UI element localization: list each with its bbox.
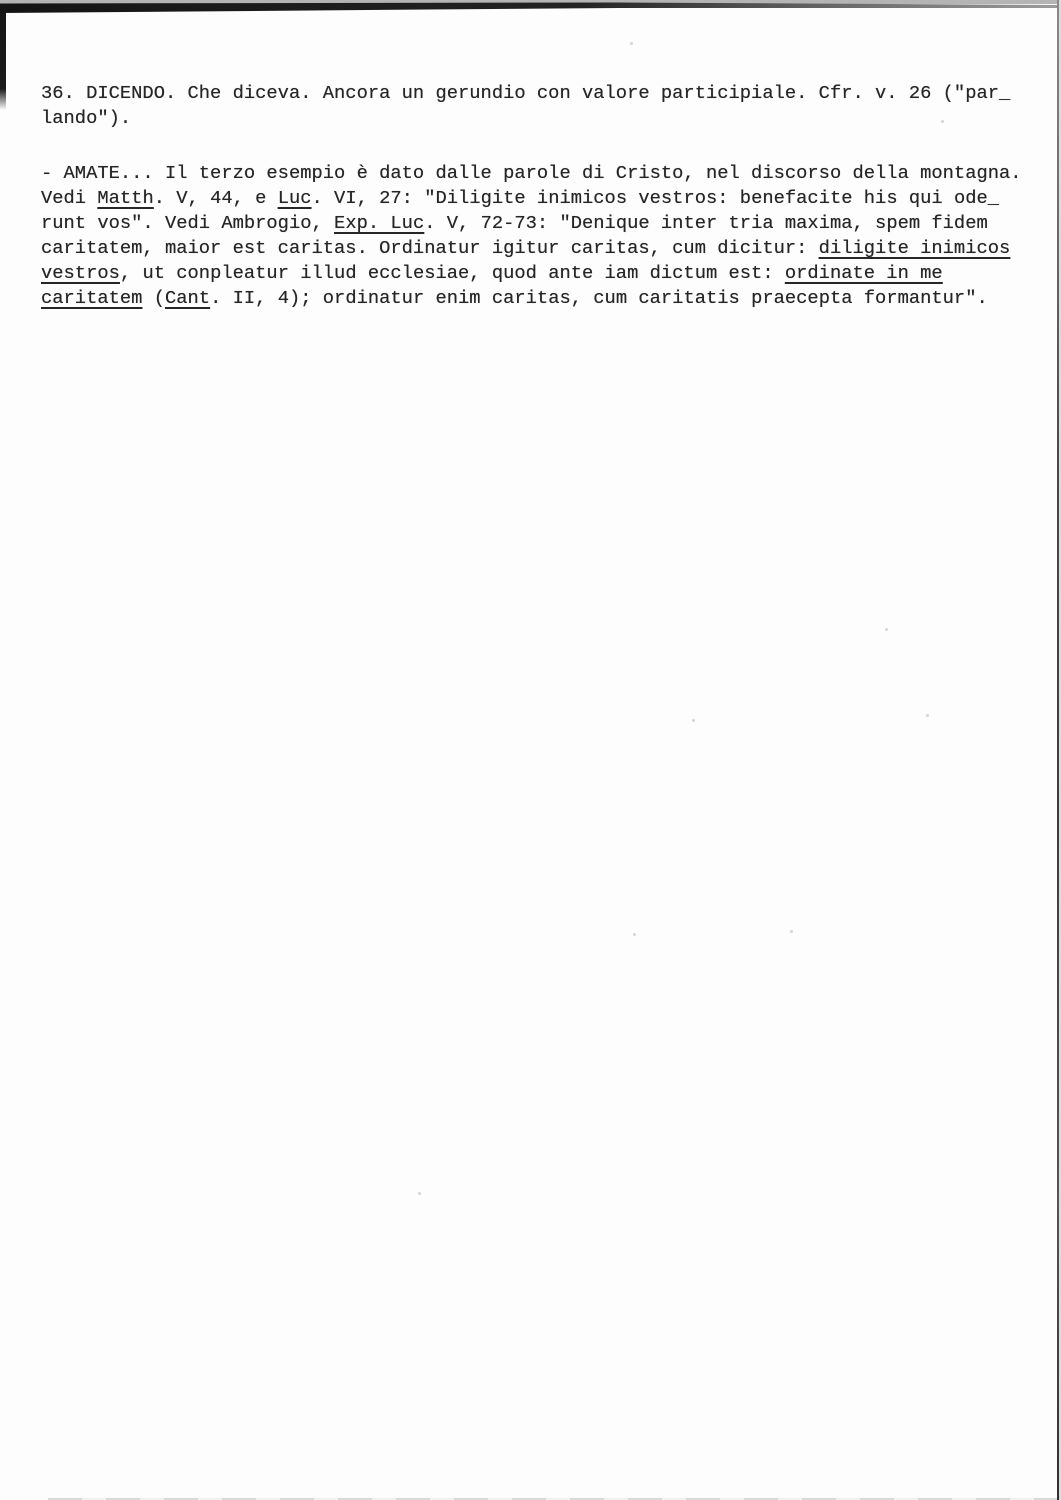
text-segment: caritatem, maior est caritas. Ordinatur …	[41, 237, 819, 259]
paragraph-note-36-dicendo: 36. DICENDO. Che diceva. Ancora un gerun…	[41, 81, 1010, 131]
text-line: caritatem (Cant. II, 4); ordinatur enim …	[41, 286, 1022, 311]
text-line: lando").	[41, 106, 1010, 131]
underlined-text: Cant	[165, 287, 210, 309]
underlined-text: Matth	[97, 187, 153, 209]
scan-top-dark-edge	[0, 0, 1061, 16]
underlined-text: diligite inimicos	[819, 237, 1011, 259]
text-line: caritatem, maior est caritas. Ordinatur …	[41, 236, 1022, 261]
scanned-page: 36. DICENDO. Che diceva. Ancora un gerun…	[0, 0, 1061, 1500]
text-segment: , ut conpleatur illud ecclesiae, quod an…	[120, 262, 785, 284]
text-segment: 36. DICENDO. Che diceva. Ancora un gerun…	[41, 82, 1010, 104]
scan-right-edge-line	[1057, 0, 1059, 1500]
underlined-text: vestros	[41, 262, 120, 284]
text-segment: - AMATE... Il terzo esempio è dato dalle…	[41, 162, 1022, 184]
scan-speck	[885, 628, 888, 631]
text-segment: Vedi	[41, 187, 97, 209]
text-line: 36. DICENDO. Che diceva. Ancora un gerun…	[41, 81, 1010, 106]
text-segment: . II, 4); ordinatur enim caritas, cum ca…	[210, 287, 988, 309]
text-line: vestros, ut conpleatur illud ecclesiae, …	[41, 261, 1022, 286]
underlined-text: caritatem	[41, 287, 142, 309]
scan-speck	[692, 719, 695, 722]
paragraph-note-amate: - AMATE... Il terzo esempio è dato dalle…	[41, 161, 1022, 311]
text-segment: . V, 72-73: "Denique inter tria maxima, …	[424, 212, 988, 234]
underlined-text: Exp. Luc	[334, 212, 424, 234]
text-line: Vedi Matth. V, 44, e Luc. VI, 27: "Dilig…	[41, 186, 1022, 211]
scan-speck	[630, 42, 633, 45]
text-line: runt vos". Vedi Ambrogio, Exp. Luc. V, 7…	[41, 211, 1022, 236]
underlined-text: ordinate in me	[785, 262, 943, 284]
scan-speck	[418, 1192, 421, 1195]
scan-left-edge-bar	[0, 4, 6, 110]
text-segment: runt vos". Vedi Ambrogio,	[41, 212, 334, 234]
text-segment: . VI, 27: "Diligite inimicos vestros: be…	[312, 187, 1000, 209]
scan-speck	[790, 930, 793, 933]
underlined-text: Luc	[278, 187, 312, 209]
scan-speck	[926, 714, 929, 717]
text-line: - AMATE... Il terzo esempio è dato dalle…	[41, 161, 1022, 186]
text-segment: lando").	[41, 107, 131, 129]
scan-speck	[633, 933, 636, 936]
text-segment: (	[142, 287, 165, 309]
text-segment: . V, 44, e	[154, 187, 278, 209]
